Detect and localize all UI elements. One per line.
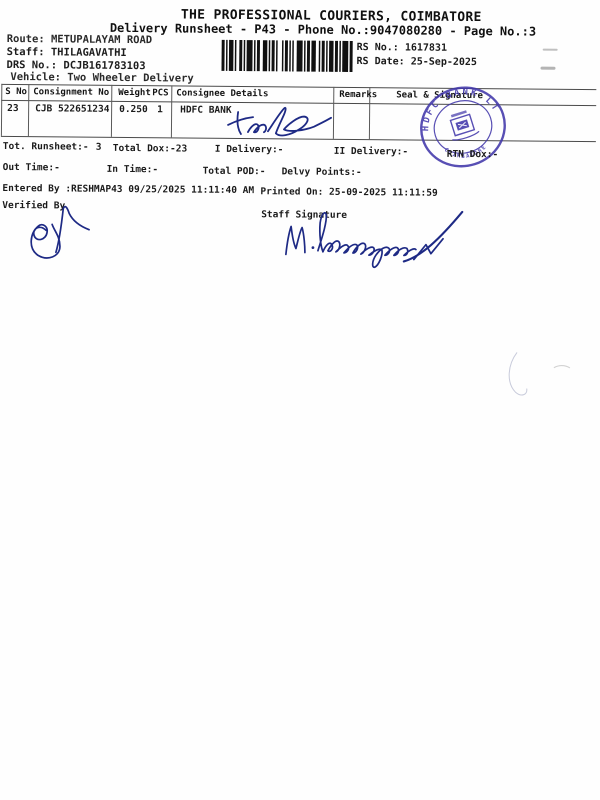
i-delivery-label: I Delivery:-	[215, 144, 284, 156]
verified-by-signature	[16, 200, 107, 271]
table-border	[111, 85, 112, 137]
rs-no: RS No.: 1617831	[357, 42, 447, 54]
row-pcs: 1	[157, 104, 163, 115]
table-border	[28, 84, 29, 136]
table-border	[1, 84, 2, 136]
staff-signature-handwriting	[276, 202, 472, 274]
col-header-remarks: Remarks	[339, 90, 377, 100]
tot-runsheet-value: 3	[96, 142, 102, 153]
staff-line: Staff: THILAGAVATHI	[7, 46, 127, 59]
runsheet-subtitle: Delivery Runsheet - P43 - Phone No.:9047…	[110, 21, 536, 39]
total-dox-label: Total Dox:-	[113, 143, 176, 155]
scan-smudge	[540, 67, 555, 70]
scan-smudge	[543, 49, 558, 51]
vehicle-line: Vehicle: Two Wheeler Delivery	[10, 71, 193, 85]
row-consignment-no: CJB 522651234	[35, 103, 109, 115]
rs-date: RS Date: 25-Sep-2025	[357, 56, 478, 68]
total-dox-value: 23	[176, 143, 188, 154]
delvy-points-label: Delvy Points:-	[282, 166, 362, 178]
row-weight: 0.250	[119, 104, 148, 115]
col-header-consignee: Consignee Details	[176, 88, 268, 99]
row-sno: 23	[7, 103, 19, 114]
in-time-label: In Time:-	[107, 164, 159, 175]
col-header-sno: S No	[5, 87, 27, 97]
svg-text:HDFC BANK LTD.: HDFC BANK LTD.	[396, 67, 501, 141]
route-line: Route: METUPALAYAM ROAD	[7, 33, 153, 46]
total-pod-label: Total POD:-	[203, 166, 266, 178]
tot-runsheet-label: Tot. Runsheet:-	[3, 141, 89, 153]
rtn-dox-label: RTN Dox:-	[447, 149, 499, 160]
handwritten-receiver-signature	[224, 100, 339, 146]
entered-by-line: Entered By :RESHMAP43 09/25/2025 11:11:4…	[2, 183, 254, 196]
rs-barcode	[221, 40, 352, 72]
stamp-top-text: HDFC BANK LTD.	[396, 67, 501, 141]
paper-sheet: THE PROFESSIONAL COURIERS, COIMBATORE De…	[0, 0, 600, 800]
table-border	[171, 85, 172, 137]
col-header-weight: Weight	[118, 88, 151, 98]
col-header-pcs: PCS	[152, 88, 168, 98]
out-time-label: Out Time:-	[3, 162, 60, 173]
col-header-consignment: Consignment No	[33, 87, 109, 98]
scanned-delivery-runsheet: THE PROFESSIONAL COURIERS, COIMBATORE De…	[0, 0, 600, 800]
ii-delivery-label: II Delivery:-	[334, 146, 408, 158]
printed-on-line: Printed On: 25-09-2025 11:11:59	[260, 186, 437, 199]
stray-pen-mark	[492, 344, 583, 410]
